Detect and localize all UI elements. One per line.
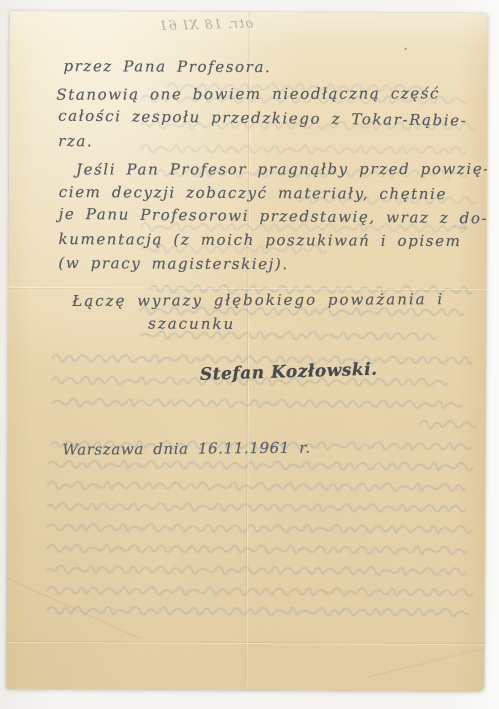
letter-line: (w pracy magisterskiej). bbox=[58, 254, 288, 273]
letter-line: Jeśli Pan Profesor pragnąłby przed powzi… bbox=[76, 160, 488, 179]
dust-specks bbox=[405, 48, 407, 50]
letter-paper: otr. 18 XI 61 2. przez Pana Profesora. S… bbox=[6, 11, 488, 691]
letter-line: przez Pana Profesora. bbox=[63, 57, 271, 76]
letter-line: Stanowią one bowiem nieodłączną część bbox=[56, 84, 440, 103]
letter-line: kumentacją (z moich poszukiwań i opisem bbox=[59, 230, 462, 250]
closing-line: szacunku bbox=[148, 314, 235, 332]
letter-line: ciem decyzji zobaczyć materiały, chętnie bbox=[59, 183, 447, 203]
letter-line: rza. bbox=[58, 132, 93, 150]
dateline: Warszawa dnia 16.11.1961 r. bbox=[62, 439, 310, 459]
scanned-letter: otr. 18 XI 61 2. przez Pana Profesora. S… bbox=[0, 0, 499, 709]
closing-line: Łączę wyrazy głębokiego poważania i bbox=[72, 290, 444, 310]
